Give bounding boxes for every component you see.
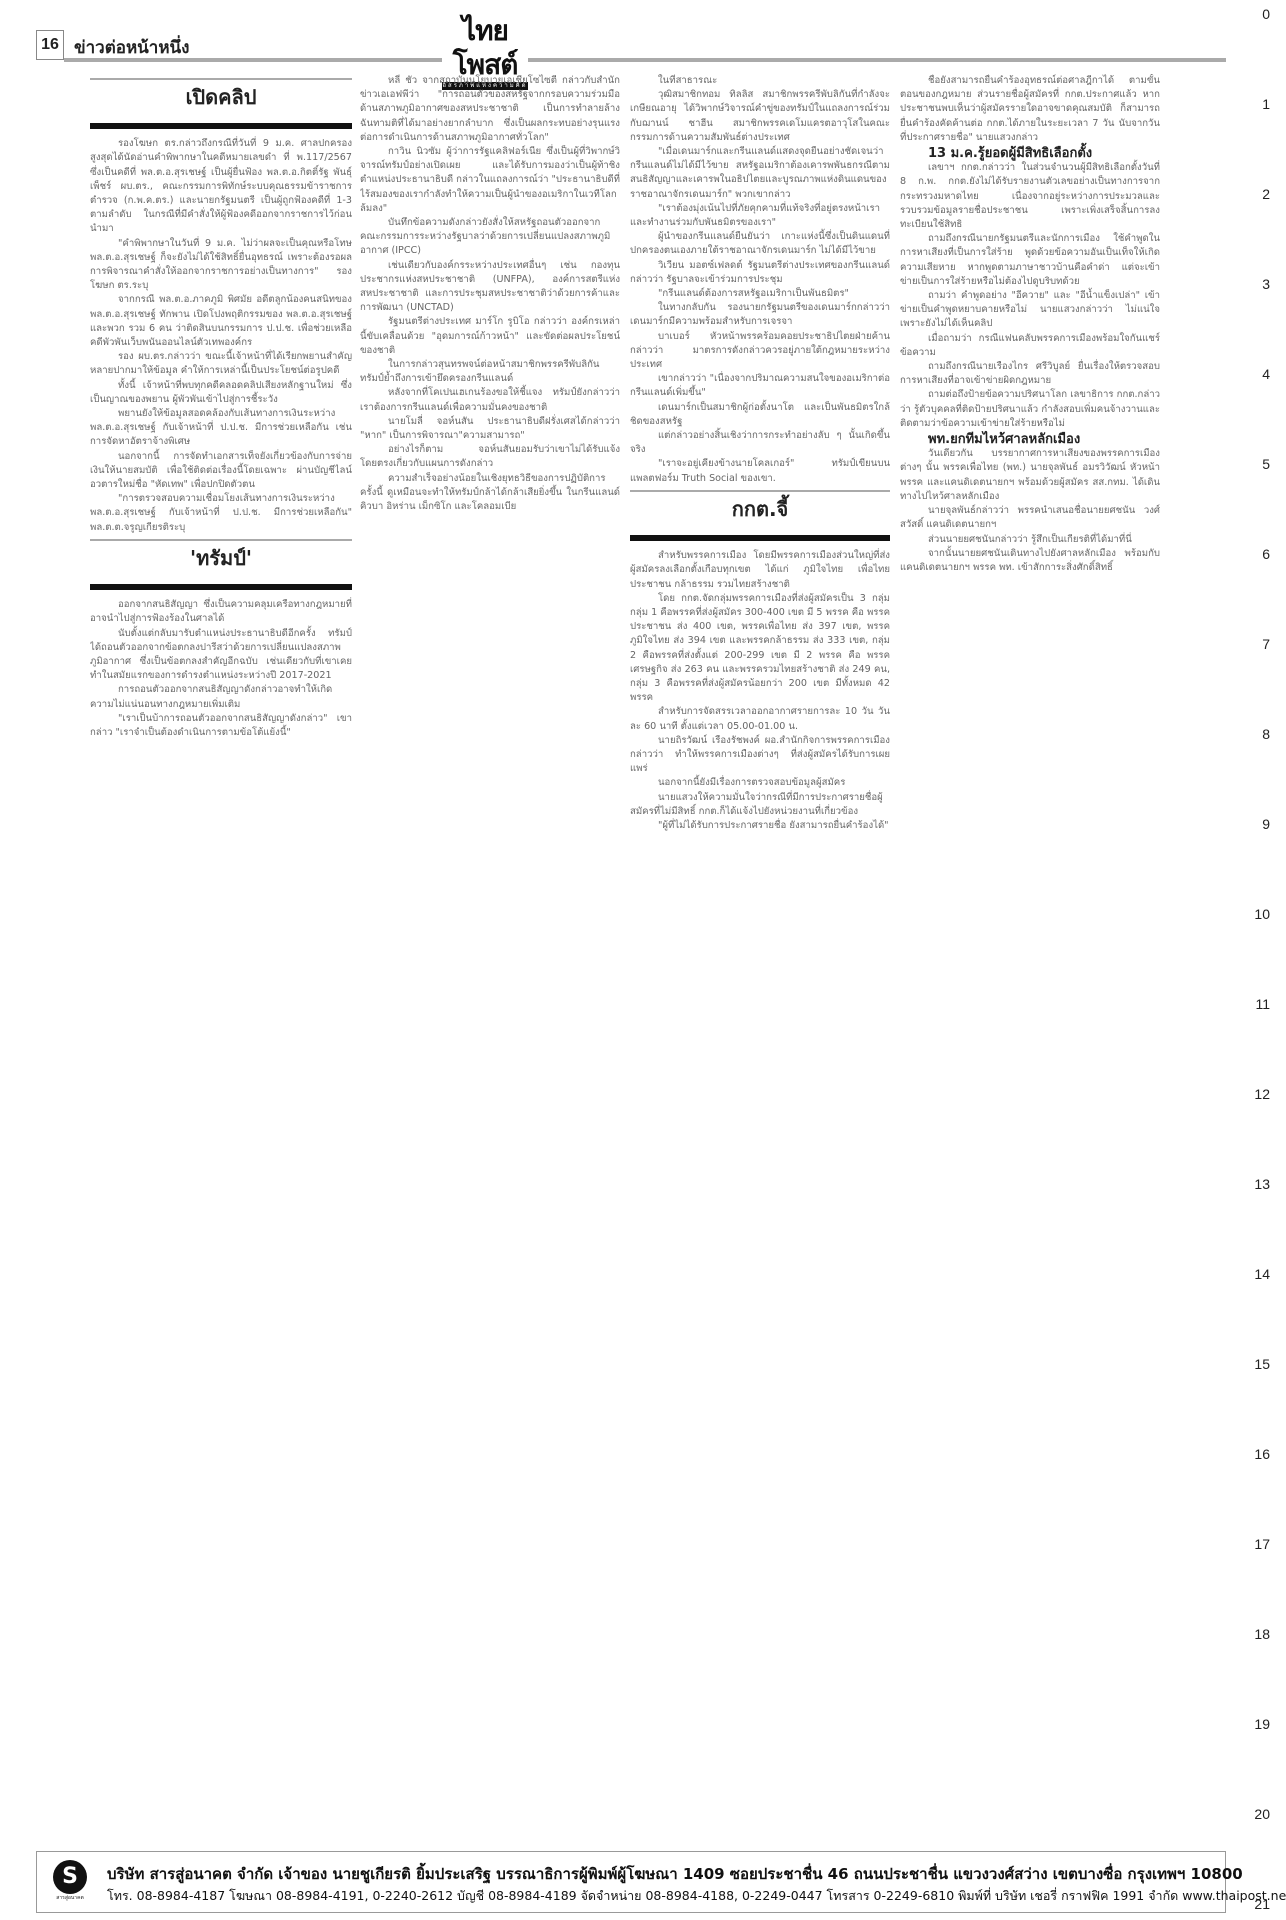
ruler-mark: 8	[1262, 726, 1270, 742]
paragraph: อย่างไรก็ตาม จอห์นสันยอมรับว่าเขาไม่ได้ร…	[360, 443, 620, 471]
publisher-contacts: โทร. 08-8984-4187 โฆษณา 08-8984-4191, 0-…	[107, 1886, 1286, 1906]
paragraph: ในทางกลับกัน รองนายกรัฐมนตรีของเดนมาร์กก…	[630, 301, 890, 329]
ruler-mark: 16	[1254, 1446, 1270, 1462]
paragraph: ผู้นำของกรีนแลนด์ยืนยันว่า เกาะแห่งนี้ซึ…	[630, 230, 890, 258]
paragraph: เมื่อถามว่า กรณีแฟนคลับพรรคการเมืองพร้อม…	[900, 332, 1160, 360]
paragraph: นายจุลพันธ์กล่าวว่า พรรคนำเสนอชื่อนายยศช…	[900, 504, 1160, 532]
paragraph: ถามต่อถึงป้ายข้อความปริศนาโลก เลขาธิการ …	[900, 388, 1160, 431]
paragraph: กาวิน นิวซัม ผู้ว่าการรัฐแคลิฟอร์เนีย ซึ…	[360, 145, 620, 216]
newspaper-logo: ไทยโพสต์ อิสรภาพแห่งความคิด	[442, 14, 528, 62]
paragraph: "เราเป็นบ้าการถอนตัวออกจากสนธิสัญญาดังกล…	[90, 712, 352, 740]
paragraph: เช่นเดียวกับองค์กรระหว่างประเทศอื่นๆ เช่…	[360, 259, 620, 316]
paragraph: เดนมาร์กเป็นสมาชิกผู้ก่อตั้งนาโต และเป็น…	[630, 401, 890, 429]
column-1: เปิดคลิป รองโฆษก ตร.กล่าวถึงกรณีที่วันที…	[90, 74, 352, 1826]
publisher-logo: S สารสู่อนาคต	[49, 1860, 91, 1908]
paragraph: นับตั้งแต่กลับมารับตำแหน่งประธานาธิบดีอี…	[90, 627, 352, 684]
paragraph: เขากล่าวว่า "เนื่องจากปริมาณความสนใจของอ…	[630, 372, 890, 400]
paragraph: "เราจะอยู่เคียงข้างนายโคลเกอร์" ทรัมป์เข…	[630, 457, 890, 485]
paragraph: "คำพิพากษาในวันที่ 9 ม.ค. ไม่ว่าผลจะเป็น…	[90, 237, 352, 294]
paragraph: รองโฆษก ตร.กล่าวถึงกรณีที่วันที่ 9 ม.ค. …	[90, 137, 352, 236]
paragraph: รอง ผบ.ตร.กล่าวว่า ขณะนี้เจ้าหน้าที่ได้เ…	[90, 350, 352, 378]
publisher-footer: S สารสู่อนาคต บริษัท สารสู่อนาคต จำกัด เ…	[36, 1851, 1226, 1913]
ruler-mark: 7	[1262, 636, 1270, 652]
paragraph: ส่วนนายยศชนันกล่าวว่า รู้สึกเป็นเกียรติท…	[900, 533, 1160, 547]
paragraph: วุฒิสมาชิกทอม ทิลลิส สมาชิกพรรครีพับลิกั…	[630, 88, 890, 145]
section-label: ข่าวต่อหน้าหนึ่ง	[74, 34, 189, 61]
page-ruler: 0 1 2 3 4 5 6 7 8 9 10 11 12 13 14 15 16…	[1240, 0, 1286, 1920]
paragraph: วันเดียวกัน บรรยากาศการหาเสียงของพรรคการ…	[900, 447, 1160, 504]
ruler-mark: 2	[1262, 186, 1270, 202]
article-header-pertclip: เปิดคลิป	[90, 78, 352, 129]
paragraph: จากกรณี พล.ต.อ.ภาคภูมิ พิศมัย อดีตลูกน้อ…	[90, 293, 352, 350]
paragraph: "การตรวจสอบความเชื่อมโยงเส้นทางการเงินระ…	[90, 492, 352, 535]
ruler-mark: 11	[1255, 996, 1270, 1012]
paragraph: นอกจากนี้ การจัดทำเอกสารเท็จยังเกี่ยวข้อ…	[90, 450, 352, 493]
ruler-mark: 14	[1254, 1266, 1270, 1282]
paragraph: นายแสวงให้ความมั่นใจว่ากรณีที่มีการประกา…	[630, 791, 890, 819]
column-2: หลี่ ชัว จากสถาบันนโยบายเอเชียโซไซตี กล่…	[360, 74, 620, 1826]
paragraph: นอกจากนี้ยังมีเรื่องการตรวจสอบข้อมูลผู้ส…	[630, 776, 890, 790]
paragraph: ออกจากสนธิสัญญา ซึ่งเป็นความคลุมเครือทาง…	[90, 598, 352, 626]
subhead: 13 ม.ค.รู้ยอดผู้มีสิทธิเลือกตั้ง	[900, 147, 1160, 161]
paragraph: ชื่อยังสามารถยื่นคำร้องอุทธรณ์ต่อศาลฎีกา…	[900, 74, 1160, 145]
header-rule	[64, 58, 1226, 62]
ruler-mark: 19	[1254, 1716, 1270, 1732]
masthead: 16 ข่าวต่อหน้าหนึ่ง ไทยโพสต์ อิสรภาพแห่ง…	[36, 20, 1226, 64]
paragraph: สำหรับพรรคการเมือง โดยมีพรรคการเมืองส่วน…	[630, 549, 890, 592]
ruler-mark: 18	[1254, 1626, 1270, 1642]
paragraph: ในการกล่าวสุนทรพจน์ต่อหน้าสมาชิกพรรครีพั…	[360, 358, 620, 386]
column-3: ในที่สาธารณะ วุฒิสมาชิกทอม ทิลลิส สมาชิก…	[630, 74, 890, 1826]
paragraph: นายถิรวัฒน์ เรืองรัชพงค์ ผอ.สำนักกิจการพ…	[630, 734, 890, 777]
paragraph: วิเวียน มอตซ์เฟลดต์ รัฐมนตรีต่างประเทศขอ…	[630, 259, 890, 287]
ruler-mark: 1	[1262, 96, 1270, 112]
ruler-mark: 3	[1262, 276, 1270, 292]
ruler-mark: 12	[1254, 1086, 1270, 1102]
publisher-emblem-icon: S	[53, 1860, 87, 1894]
paragraph: โดย กกต.จัดกลุ่มพรรคการเมืองที่ส่งผู้สมั…	[630, 592, 890, 706]
publisher-logo-caption: สารสู่อนาคต	[49, 1894, 91, 1902]
article-title: 'ทรัมป์'	[190, 546, 252, 570]
article-header-trump: 'ทรัมป์'	[90, 539, 352, 590]
paragraph: "เราต้องมุ่งเน้นไปที่ภัยคุกคามที่แท้จริง…	[630, 202, 890, 230]
paragraph: เลขาฯ กกต.กล่าวว่า ในส่วนจำนวนผู้มีสิทธิ…	[900, 161, 1160, 232]
ruler-mark: 6	[1262, 546, 1270, 562]
paragraph: แต่กล่าวอย่างสิ้นเชิงว่าการกระทำอย่างลับ…	[630, 429, 890, 457]
paragraph: ในที่สาธารณะ	[630, 74, 890, 88]
paragraph: "เมื่อเดนมาร์กและกรีนแลนด์แสดงจุดยืนอย่า…	[630, 145, 890, 202]
ruler-mark: 15	[1254, 1356, 1270, 1372]
ruler-mark: 20	[1254, 1806, 1270, 1822]
paragraph: "ผู้ที่ไม่ได้รับการประกาศรายชื่อ ยังสามา…	[630, 819, 890, 833]
column-4: ชื่อยังสามารถยื่นคำร้องอุทธรณ์ต่อศาลฎีกา…	[900, 74, 1160, 1826]
paragraph: สำหรับการจัดสรรเวลาออกอากาศรายการละ 10 ว…	[630, 705, 890, 733]
paragraph: ความสำเร็จอย่างน้อยในเชิงยุทธวิธีของการป…	[360, 472, 620, 515]
publisher-info: บริษัท สารสู่อนาคต จำกัด เจ้าของ นายชูเก…	[107, 1862, 1243, 1886]
ruler-mark: 10	[1254, 906, 1270, 922]
ruler-mark: 17	[1254, 1536, 1270, 1552]
ruler-mark: 0	[1262, 6, 1270, 22]
article-title: เปิดคลิป	[186, 85, 257, 109]
paragraph: หลี่ ชัว จากสถาบันนโยบายเอเชียโซไซตี กล่…	[360, 74, 620, 145]
subhead: พท.ยกทีมไหว้ศาลหลักเมือง	[900, 433, 1160, 447]
ruler-mark: 5	[1262, 456, 1270, 472]
article-header-ect: กกต.จี้	[630, 490, 890, 541]
paragraph: บันทึกข้อความดังกล่าวยังสั่งให้สหรัฐถอนต…	[360, 216, 620, 259]
paragraph: นายโมลี่ จอห์นสัน ประธานาธิบดีฝรั่งเศสได…	[360, 415, 620, 443]
paragraph: ถามถึงกรณีนายเรืองไกร ศรีวิบูลย์ ยื่นเรื…	[900, 360, 1160, 388]
paragraph: พยานยังให้ข้อมูลสอดคล้องกับเส้นทางการเงิ…	[90, 407, 352, 450]
ruler-mark: 9	[1262, 816, 1270, 832]
logo-text: ไทยโพสต์	[442, 14, 528, 82]
page-number: 16	[36, 30, 64, 60]
ruler-mark: 13	[1254, 1176, 1270, 1192]
paragraph: หลังจากที่โคเปนเฮเกนร้องขอให้ชี้แจง ทรัม…	[360, 386, 620, 414]
paragraph: "กรีนแลนด์ต้องการสหรัฐอเมริกาเป็นพันธมิต…	[630, 287, 890, 301]
ruler-mark: 4	[1262, 366, 1270, 382]
paragraph: ทั้งนี้ เจ้าหน้าที่พบทุกคดีคลอดคลิปเสียง…	[90, 379, 352, 407]
paragraph: จากนั้นนายยศชนันเดินทางไปยังศาลหลักเมือง…	[900, 547, 1160, 575]
paragraph: การถอนตัวออกจากสนธิสัญญาดังกล่าวอาจทำให้…	[90, 683, 352, 711]
article-title: กกต.จี้	[732, 497, 789, 521]
paragraph: ถามถึงกรณีนายกรัฐมนตรีและนักการเมือง ใช้…	[900, 232, 1160, 289]
paragraph: รัฐมนตรีต่างประเทศ มาร์โก รูบิโอ กล่าวว่…	[360, 315, 620, 358]
paragraph: บาเบอร์ หัวหน้าพรรคร้อมคอยประชาธิปไตยฝ่า…	[630, 330, 890, 373]
paragraph: ถามว่า คำพูดอย่าง "อีควาย" และ "อีน้ำแข็…	[900, 289, 1160, 332]
